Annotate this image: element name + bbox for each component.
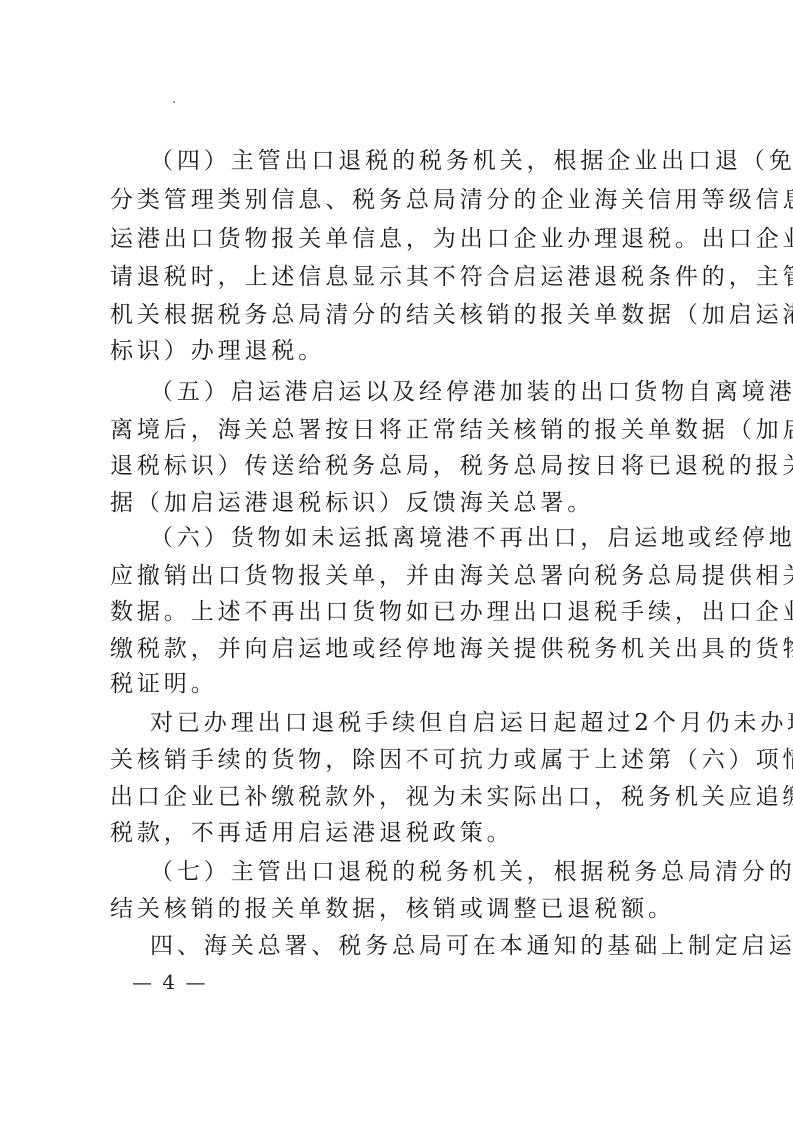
text-line: 机关根据税务总局清分的结关核销的报关单数据（加启运港退税	[110, 300, 674, 330]
text-line: 关核销手续的货物，除因不可抗力或属于上述第（六）项情形且	[110, 745, 674, 775]
text-line: 退税标识）传送给税务总局，税务总局按日将已退税的报关单数	[110, 451, 674, 481]
text-line: 应撤销出口货物报关单，并由海关总署向税务总局提供相关电子	[110, 561, 674, 591]
text-line: 四、海关总署、税务总局可在本通知的基础上制定启运港退	[150, 931, 674, 961]
text-line: 对已办理出口退税手续但自启运日起超过2个月仍未办理结	[150, 708, 674, 738]
document-page: （四）主管出口退税的税务机关，根据企业出口退（免）税 分类管理类别信息、税务总局…	[0, 0, 793, 1122]
text-line: （六）货物如未运抵离境港不再出口，启运地或经停地海关	[150, 523, 674, 553]
text-line: （五）启运港启运以及经停港加装的出口货物自离境港实际	[150, 377, 674, 407]
text-line: 请退税时，上述信息显示其不符合启运港退税条件的，主管税务	[110, 262, 674, 292]
text-line: （七）主管出口退税的税务机关，根据税务总局清分的正常	[150, 857, 674, 887]
page-number: — 4 —	[132, 970, 207, 994]
scan-speck	[173, 101, 175, 103]
text-line: 缴税款，并向启运地或经停地海关提供税务机关出具的货物已补	[110, 634, 674, 664]
text-line: 分类管理类别信息、税务总局清分的企业海关信用等级信息和启	[110, 185, 674, 215]
text-line: 数据。上述不再出口货物如已办理出口退税手续，出口企业应补	[110, 597, 674, 627]
text-line: 税款，不再适用启运港退税政策。	[110, 818, 514, 848]
text-line: （四）主管出口退税的税务机关，根据企业出口退（免）税	[150, 146, 674, 176]
text-line: 结关核销的报关单数据，核销或调整已退税额。	[110, 894, 675, 924]
text-line: 离境后，海关总署按日将正常结关核销的报关单数据（加启运港	[110, 415, 674, 445]
text-line: 据（加启运港退税标识）反馈海关总署。	[110, 488, 594, 518]
text-line: 出口企业已补缴税款外，视为未实际出口，税务机关应追缴已退	[110, 782, 674, 812]
text-line: 税证明。	[110, 669, 218, 699]
text-line: 运港出口货物报关单信息，为出口企业办理退税。出口企业在申	[110, 224, 674, 254]
text-line: 标识）办理退税。	[110, 336, 325, 366]
